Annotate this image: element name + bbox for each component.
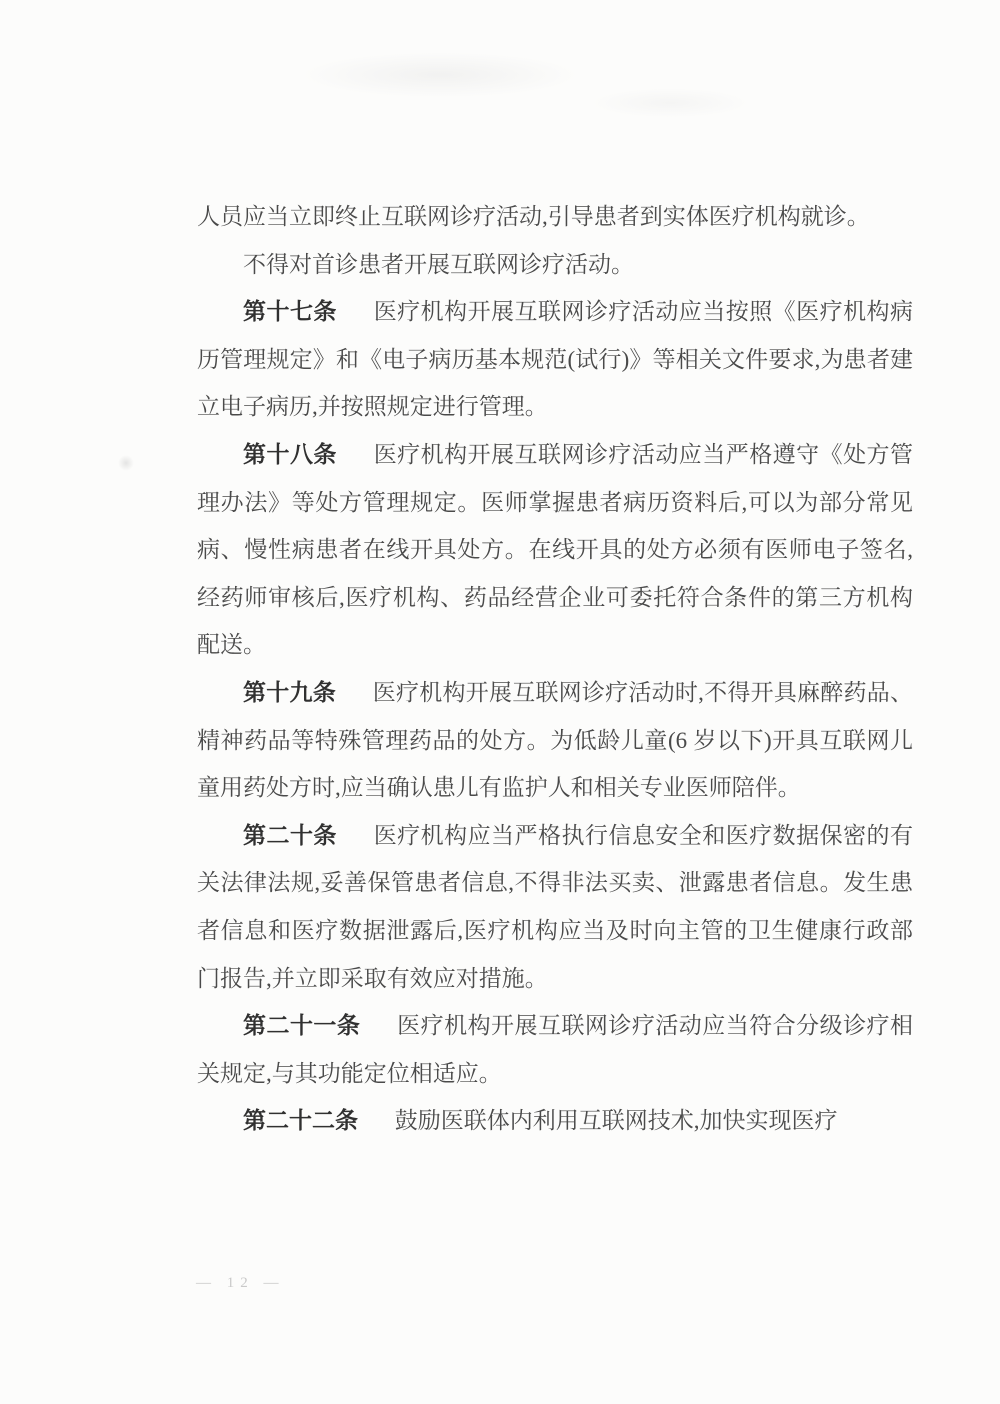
article-number: 第二十条 [243, 822, 337, 848]
article-text: 医疗机构开展互联网诊疗活动应当严格遵守《处方管理办法》等处方管理规定。医师掌握患… [197, 442, 913, 657]
paragraph-text: 人员应当立即终止互联网诊疗活动,引导患者到实体医疗机构就诊。 [197, 204, 870, 229]
article-paragraph-17: 第十七条医疗机构开展互联网诊疗活动应当按照《医疗机构病历管理规定》和《电子病历基… [197, 288, 913, 431]
article-paragraph-22: 第二十二条鼓励医联体内利用互联网技术,加快实现医疗 [197, 1097, 913, 1145]
article-number: 第二十一条 [243, 1012, 360, 1038]
scan-smudge [300, 52, 580, 98]
scan-smudge [118, 455, 134, 471]
article-paragraph-21: 第二十一条医疗机构开展互联网诊疗活动应当符合分级诊疗相关规定,与其功能定位相适应… [197, 1002, 913, 1097]
document-body: 人员应当立即终止互联网诊疗活动,引导患者到实体医疗机构就诊。 不得对首诊患者开展… [197, 193, 913, 1145]
paragraph: 不得对首诊患者开展互联网诊疗活动。 [197, 241, 913, 289]
article-number: 第十九条 [243, 679, 336, 705]
scan-smudge [590, 88, 750, 118]
scanned-document-page: 人员应当立即终止互联网诊疗活动,引导患者到实体医疗机构就诊。 不得对首诊患者开展… [0, 0, 1000, 1404]
page-number: — 12 — [196, 1275, 285, 1291]
article-text: 鼓励医联体内利用互联网技术,加快实现医疗 [395, 1108, 838, 1133]
article-number: 第十八条 [243, 441, 337, 467]
article-number: 第十七条 [243, 298, 337, 324]
article-paragraph-20: 第二十条医疗机构应当严格执行信息安全和医疗数据保密的有关法律法规,妥善保管患者信… [197, 812, 913, 1002]
article-number: 第二十二条 [243, 1107, 358, 1133]
article-paragraph-19: 第十九条医疗机构开展互联网诊疗活动时,不得开具麻醉药品、精神药品等特殊管理药品的… [197, 669, 913, 812]
article-paragraph-18: 第十八条医疗机构开展互联网诊疗活动应当严格遵守《处方管理办法》等处方管理规定。医… [197, 431, 913, 669]
paragraph-text: 不得对首诊患者开展互联网诊疗活动。 [243, 252, 634, 277]
page-footer: — 12 — [196, 1272, 336, 1294]
paragraph-continuation: 人员应当立即终止互联网诊疗活动,引导患者到实体医疗机构就诊。 [197, 193, 913, 241]
